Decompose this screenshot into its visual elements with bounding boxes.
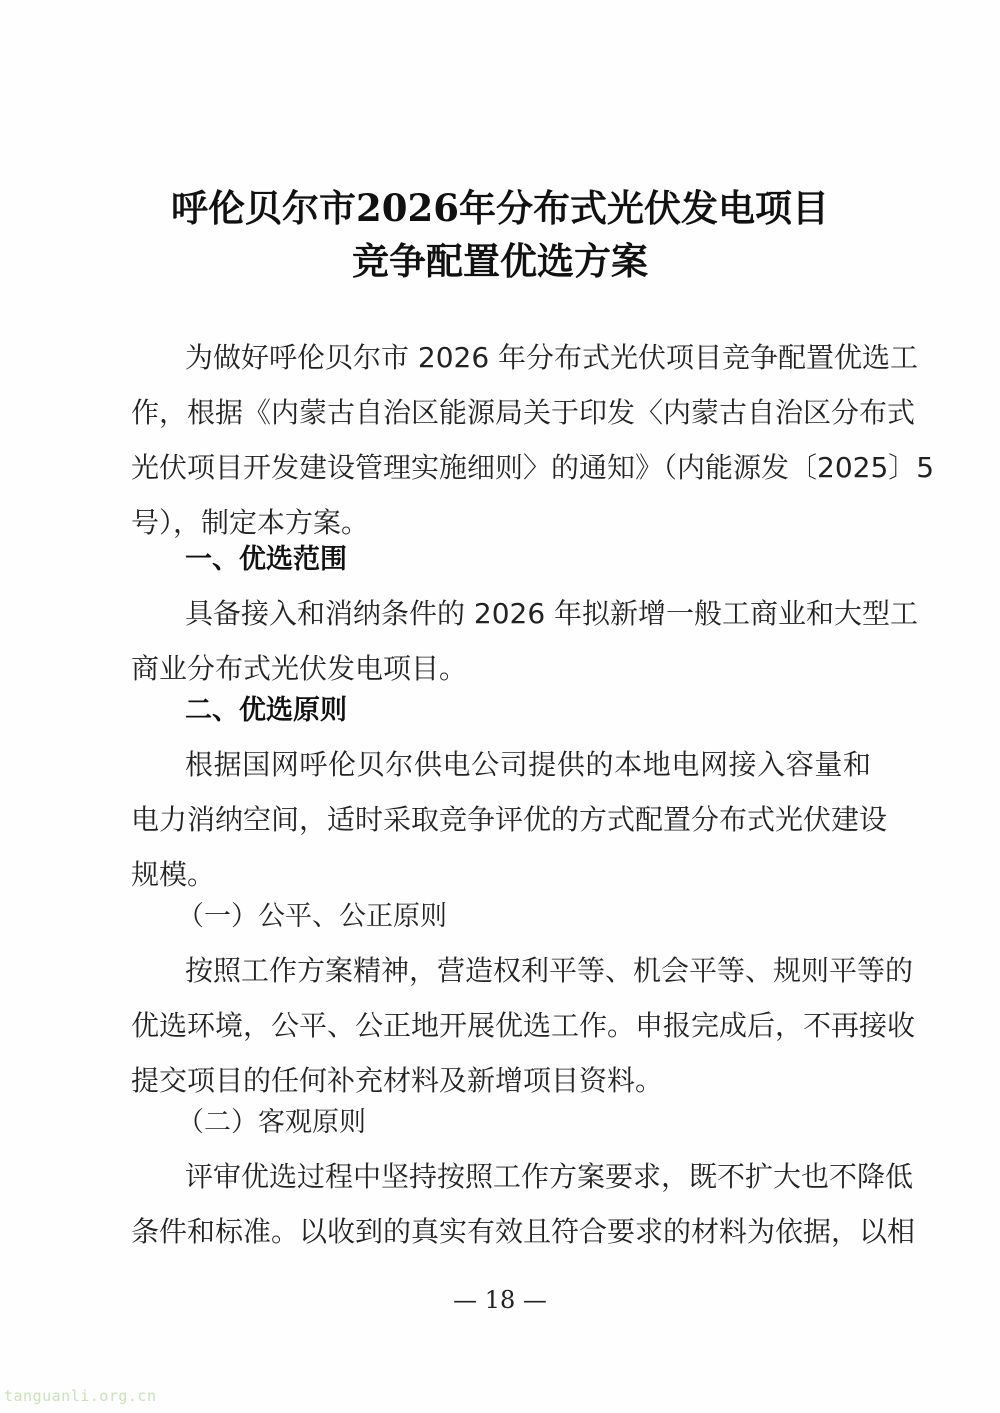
intro-paragraph-line: 为做好呼伦贝尔市 2026 年分布式光伏项目竞争配置优选工 xyxy=(185,338,871,378)
subsection-fairness-line: 按照工作方案精神，营造权利平等、机会平等、规则平等的 xyxy=(185,951,871,991)
intro-paragraph-line: 号），制定本方案。 xyxy=(131,503,871,543)
watermark-text: tanguanli.org.cn xyxy=(4,1387,157,1405)
section-principles-line: 电力消纳空间，适时采取竞争评优的方式配置分布式光伏建设 xyxy=(131,800,871,840)
document-title-line-1: 呼伦贝尔市2026年分布式光伏发电项目 xyxy=(0,183,1000,233)
section-heading-principles: 二、优选原则 xyxy=(185,691,347,731)
intro-paragraph-line: 作，根据《内蒙古自治区能源局关于印发〈内蒙古自治区分布式 xyxy=(131,393,871,433)
subsection-heading-objectivity: （二）客观原则 xyxy=(177,1103,366,1143)
intro-paragraph-line: 光伏项目开发建设管理实施细则〉的通知》（内能源发〔2025〕5 xyxy=(131,448,871,488)
document-title-line-2: 竞争配置优选方案 xyxy=(0,236,1000,286)
subsection-objectivity-line: 评审优选过程中坚持按照工作方案要求，既不扩大也不降低 xyxy=(185,1157,871,1197)
subsection-fairness-line: 优选环境，公平、公正地开展优选工作。申报完成后，不再接收 xyxy=(131,1006,871,1046)
page-number: — 18 — xyxy=(0,1285,1000,1315)
section-scope-line: 商业分布式光伏发电项目。 xyxy=(131,649,871,689)
subsection-objectivity-line: 条件和标准。以收到的真实有效且符合要求的材料为依据，以相 xyxy=(131,1212,871,1252)
section-principles-line: 规模。 xyxy=(131,855,871,895)
document-page: 呼伦贝尔市2026年分布式光伏发电项目 竞争配置优选方案 为做好呼伦贝尔市 20… xyxy=(0,0,1000,1413)
subsection-heading-fairness: （一）公平、公正原则 xyxy=(177,897,447,937)
subsection-fairness-line: 提交项目的任何补充材料及新增项目资料。 xyxy=(131,1061,871,1101)
section-heading-scope: 一、优选范围 xyxy=(185,540,347,580)
section-principles-line: 根据国网呼伦贝尔供电公司提供的本地电网接入容量和 xyxy=(185,745,871,785)
section-scope-line: 具备接入和消纳条件的 2026 年拟新增一般工商业和大型工 xyxy=(185,594,871,634)
